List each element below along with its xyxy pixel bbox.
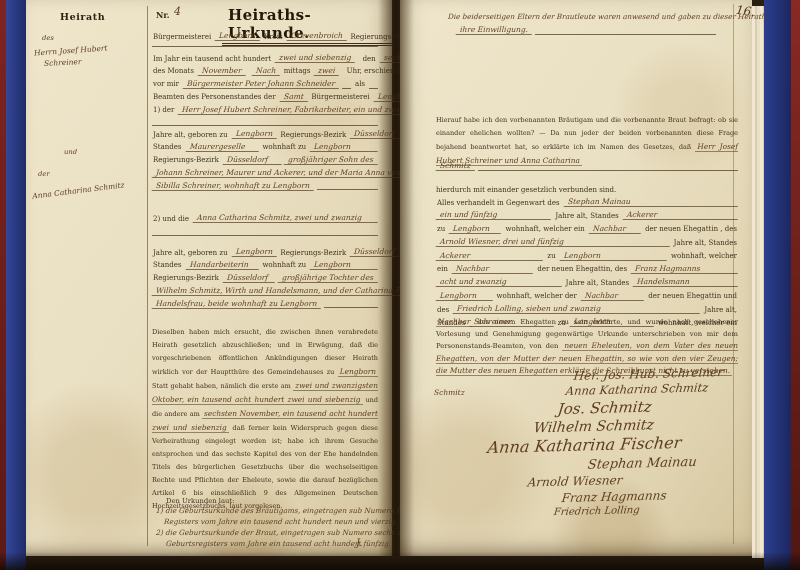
form-row: Regierungs-BezirkDüsseldorfgroßjähriger … — [152, 156, 378, 165]
handwritten-text: Lengborn — [310, 143, 378, 152]
handwritten-text: Wilhelm Schmitz, Wirth und Handelsmann, … — [152, 287, 430, 296]
printed-text: Statt gehabt haben, nämlich die erste am — [152, 382, 293, 390]
blank-rule — [152, 118, 378, 126]
form-row: einNachbarder neuen Ehegattin, desFranz … — [436, 265, 738, 274]
handwritten-text: acht und zwanzig — [436, 278, 562, 287]
form-row: BürgermeistereiLengbornKreisGrevenbroich… — [152, 32, 378, 41]
signature: Anna Katharina Fischer — [487, 433, 722, 455]
annex-line: Registers vom Jahre ein tausend acht hun… — [164, 517, 398, 526]
blank-rule — [324, 300, 378, 308]
handwritten-text: Nachbar — [580, 292, 644, 301]
form-row: 2) und dieAnna Catharina Schmitz, zwei u… — [152, 214, 378, 223]
consent-paragraph: Dieselben haben mich ersucht, die zwisch… — [152, 326, 378, 513]
handwritten-text: Arnold Wiesner, drei und fünfzig — [436, 238, 670, 247]
handwritten-text: zwei — [314, 67, 340, 76]
margin-divider-line — [147, 6, 148, 546]
handwritten-text: November — [198, 67, 246, 76]
form-row: Regierungs-BezirkDüsseldorfgroßjährige T… — [152, 274, 378, 283]
printed-text: Uhr, erschienen — [346, 68, 405, 75]
left-page: Heirath des Herrn Josef Hubert Schreiner… — [26, 0, 392, 556]
handwritten-text: Sibilla Schreiner, wohnhaft zu Lengborn — [152, 182, 314, 191]
printed-text: Bürgermeisterei — [310, 94, 370, 101]
bride-block: Jahre alt, geboren zuLengbornRegierungs-… — [152, 248, 378, 308]
form-row: StandesMaurergesellewohnhaft zuLengborn — [152, 143, 378, 152]
printed-text: zu — [436, 226, 446, 233]
blank-rule — [317, 182, 378, 190]
margin-word-des: des — [42, 34, 54, 42]
printed-text: 2) und die — [152, 216, 190, 223]
handwritten-text: Bürgermeister Peter Johann Schneider — [183, 80, 340, 89]
handwritten-text: Lengborn — [559, 252, 667, 261]
printed-text: Regierungs-Bezirk — [152, 157, 220, 164]
printed-text: 1) der — [152, 107, 175, 114]
handwritten-text: Handelsfrau, beide wohnhaft zu Lengborn — [152, 300, 322, 309]
form-row: Jahre alt, geboren zuLengbornRegierungs-… — [152, 130, 378, 139]
underlying-page-edges — [752, 6, 764, 558]
form-row: zuLengbornwohnhaft, welcher einNachbarde… — [436, 225, 738, 234]
handwritten-text: Samt — [279, 93, 307, 102]
signature: Stephan Mainau — [587, 455, 721, 471]
printed-text: wohnhaft, welcher ein — [505, 226, 586, 233]
form-row: Handelsfrau, beide wohnhaft zu Lengborn — [152, 300, 378, 309]
blank-rule — [152, 228, 378, 236]
printed-text: Jahre alt, — [703, 307, 738, 314]
registrar-paraph: J. — [356, 538, 362, 549]
handwritten-text: Nachbar — [588, 225, 641, 234]
handwritten-text: Lengborn — [436, 292, 493, 301]
nr-value: 4 — [174, 5, 181, 18]
printed-text: Standes — [152, 262, 183, 269]
printed-text: wohnhaft, welcher der — [496, 293, 578, 300]
form-row: Wilhelm Schmitz, Wirth und Handelsmann, … — [152, 287, 378, 296]
signer-note: Schmitz — [434, 388, 465, 397]
handwritten-text: Nachbar — [436, 317, 472, 327]
handwritten-text: Düsseldorf — [350, 248, 400, 257]
printed-text: der neuen Ehegattin , des — [644, 226, 738, 233]
signature: Her. Jos. Hub. Schreiner — [573, 366, 721, 382]
printed-text: den — [362, 56, 377, 63]
printed-text: wohnhaft zu — [261, 144, 307, 151]
handwritten-text: Anna Catharina Schmitz, zwei und zwanzig — [193, 214, 379, 223]
printed-text: Beamten des Personenstandes der — [152, 94, 277, 101]
form-row: StandesHandarbeiterinwohnhaft zuLengborn — [152, 261, 378, 270]
printed-text: Jahre alt, geboren zu — [152, 132, 229, 139]
printed-text: Kreis — [263, 34, 284, 41]
printed-text: des — [436, 307, 450, 314]
printed-text: Regierungs-Bezirk — [279, 132, 347, 139]
form-row: 1) derHerr Josef Hubert Schreiner, Fabri… — [152, 106, 378, 115]
handwritten-text: Nachbar — [452, 265, 534, 274]
form-row: des MonatsNovemberNachmittagszweiUhr, er… — [152, 67, 378, 76]
blank-rule — [342, 81, 351, 89]
declaration-paragraph: Hierauf habe ich den vorbenannten Bräuti… — [436, 114, 738, 168]
form-row: Im Jahr ein tausend acht hundertzwei und… — [152, 54, 378, 63]
handwritten-text: Düsseldorf — [223, 274, 276, 283]
signature-block: Her. Jos. Hub. SchreinerAnna Katharina S… — [470, 368, 720, 516]
handwritten-text: Stephan Mainau — [563, 198, 738, 207]
consent-note-row: ihre Einwilligung. — [456, 26, 716, 35]
district-header-row: BürgermeistereiLengbornKreisGrevenbroich… — [152, 32, 378, 41]
blank-rule — [478, 163, 738, 171]
form-row: ein und fünfzigJahre alt, StandesAckerer — [436, 211, 738, 220]
consent-note-line: Die beiderseitigen Eltern der Brautleute… — [448, 12, 767, 21]
printed-text: der neuen Ehegattin, des — [536, 266, 628, 273]
bottom-shadow — [0, 552, 800, 570]
printed-text: vor mir — [152, 81, 180, 88]
intro-block: Im Jahr ein tausend acht hundertzwei und… — [152, 54, 378, 126]
handwritten-text: Düsseldorf — [350, 130, 400, 139]
form-row: Sibilla Schreiner, wohnhaft zu Lengborn — [152, 182, 378, 191]
form-row: Beamten des Personenstandes derSamtBürge… — [152, 93, 378, 102]
margin-word-der: der — [38, 170, 50, 178]
bride-intro-block: 2) und dieAnna Catharina Schmitz, zwei u… — [152, 214, 378, 236]
handwritten-text: Franz Hagmanns — [631, 265, 739, 274]
handwritten-text: Ackerer — [436, 252, 544, 261]
printed-text: wohnhaft zu — [261, 262, 307, 269]
handwritten-text: Friedrich Lolling, sieben und zwanzig — [453, 305, 701, 314]
signature: Wilhelm Schmitz — [533, 416, 721, 435]
printed-text: Jahre alt, Standes — [554, 213, 619, 220]
handwritten-text: Lengborn — [215, 32, 260, 41]
printed-text: wohnhaft, welcher — [670, 253, 738, 260]
form-row: Schmitz — [436, 162, 738, 171]
printed-text: Jahre alt, geboren zu — [152, 250, 229, 257]
book-cover-blue-edge-left — [6, 0, 26, 570]
margin-groom-name-2: Schreiner — [44, 57, 82, 68]
signature: Franz Hagmanns — [561, 487, 721, 503]
handwritten-text: Lengborn — [231, 248, 276, 257]
margin-groom-name-1: Herrn Josef Hubert — [34, 43, 108, 57]
printed-text: Bürgermeisterei — [152, 34, 212, 41]
form-row: vor mirBürgermeister Peter Johann Schnei… — [152, 80, 378, 89]
handwritten-text: Maurergeselle — [185, 143, 259, 152]
groom-block: Jahre alt, geboren zuLengbornRegierungs-… — [152, 130, 378, 190]
printed-text: ein — [436, 266, 449, 273]
book-scan: Heirath des Herrn Josef Hubert Schreiner… — [0, 0, 800, 570]
right-page: 16. Die beiderseitigen Eltern der Brautl… — [400, 0, 752, 556]
handwritten-text: Herr Josef Hubert Schreiner, Fabrikarbei… — [178, 106, 420, 115]
printed-text: Regierungs-Bezirk — [279, 250, 347, 257]
margin-heading: Heirath — [60, 12, 105, 23]
signature: Friedrich Lolling — [553, 503, 721, 517]
form-row: Johann Schreiner, Maurer und Ackerer, un… — [152, 169, 378, 178]
signature: Jos. Schmitz — [557, 397, 721, 416]
handwritten-text: Schmitz — [436, 162, 475, 171]
book-cover-blue-edge-right — [764, 0, 791, 570]
printed-text: Jahre alt, Standes — [673, 240, 738, 247]
nr-label: Nr. — [156, 10, 170, 20]
form-row: acht und zwanzigJahre alt, StandesHandel… — [436, 278, 738, 287]
printed-text: Jahre alt, Standes — [565, 280, 630, 287]
handwritten-text: zwei und siebenzig — [275, 54, 356, 63]
form-row: ihre Einwilligung. — [456, 26, 716, 35]
handwritten-text: Ackerer — [622, 211, 738, 220]
margin-word-und: und — [64, 148, 77, 156]
printed-text: mittags — [283, 68, 312, 75]
book-cover-red-edge-right — [791, 0, 800, 570]
handwritten-text: Nach — [251, 67, 280, 76]
printed-text: Im Jahr ein tausend acht hundert — [152, 56, 272, 63]
handwritten-text: Lengborn — [338, 367, 378, 377]
handwritten-text: ihre Einwilligung. — [456, 26, 533, 35]
bound-statement: hierdurch mit einander gesetzlich verbun… — [436, 186, 616, 194]
handwritten-text: Lengborn — [231, 130, 276, 139]
form-row — [152, 228, 378, 236]
form-row: desFriedrich Lolling, sieben und zwanzig… — [436, 305, 738, 314]
handwritten-text: Handarbeiterin — [185, 261, 259, 270]
handwritten-text: Düsseldorf — [223, 156, 282, 165]
form-row — [152, 118, 378, 126]
signature: Anna Katharina Schmitz — [565, 382, 721, 398]
blank-rule — [535, 27, 716, 35]
witness-block: Alles verhandelt in Gegenwart desStephan… — [436, 198, 738, 327]
form-row: Arnold Wiesner, drei und fünfzigJahre al… — [436, 238, 738, 247]
handwritten-text: großjährige Tochter des — [278, 274, 378, 283]
handwritten-text: Grevenbroich — [286, 32, 346, 41]
handwritten-text: Handelsmann — [633, 278, 739, 287]
form-row: Lengbornwohnhaft, welcher derNachbarder … — [436, 292, 738, 301]
margin-bride-name: Anna Catharina Schmitz — [32, 180, 125, 200]
handwritten-text: großjähriger Sohn des — [284, 156, 378, 165]
annex-label: Den Urkunden laut: — [166, 497, 234, 505]
form-row: Jahre alt, geboren zuLengbornRegierungs-… — [152, 248, 378, 257]
signature: Arnold Wiesner — [527, 471, 721, 488]
printed-text: Standes — [152, 144, 183, 151]
header-rule — [152, 46, 378, 47]
printed-text: Alles verhandelt in Gegenwart des — [436, 200, 561, 207]
declaration-name-row: Schmitz — [436, 162, 738, 171]
handwritten-text: ein und fünfzig — [436, 211, 552, 220]
handwritten-text: Lengborn — [449, 225, 502, 234]
printed-text: des Monats — [152, 68, 195, 75]
printed-text: der neuen Ehegattin und — [647, 293, 738, 300]
form-row: Alles verhandelt in Gegenwart desStephan… — [436, 198, 738, 207]
handwritten-text: Johann Schreiner, Maurer und Ackerer, un… — [152, 169, 405, 178]
form-row: AckererzuLengbornwohnhaft, welcher — [436, 252, 738, 261]
printed-text: zu — [546, 253, 556, 260]
blank-rule — [369, 81, 378, 89]
printed-text: Regierungs-Bezirk — [152, 275, 220, 282]
handwritten-text: Lengborn — [310, 261, 378, 270]
printed-text: als — [354, 81, 366, 88]
printed-text: Hierauf habe ich den vorbenannten Bräuti… — [436, 116, 738, 151]
